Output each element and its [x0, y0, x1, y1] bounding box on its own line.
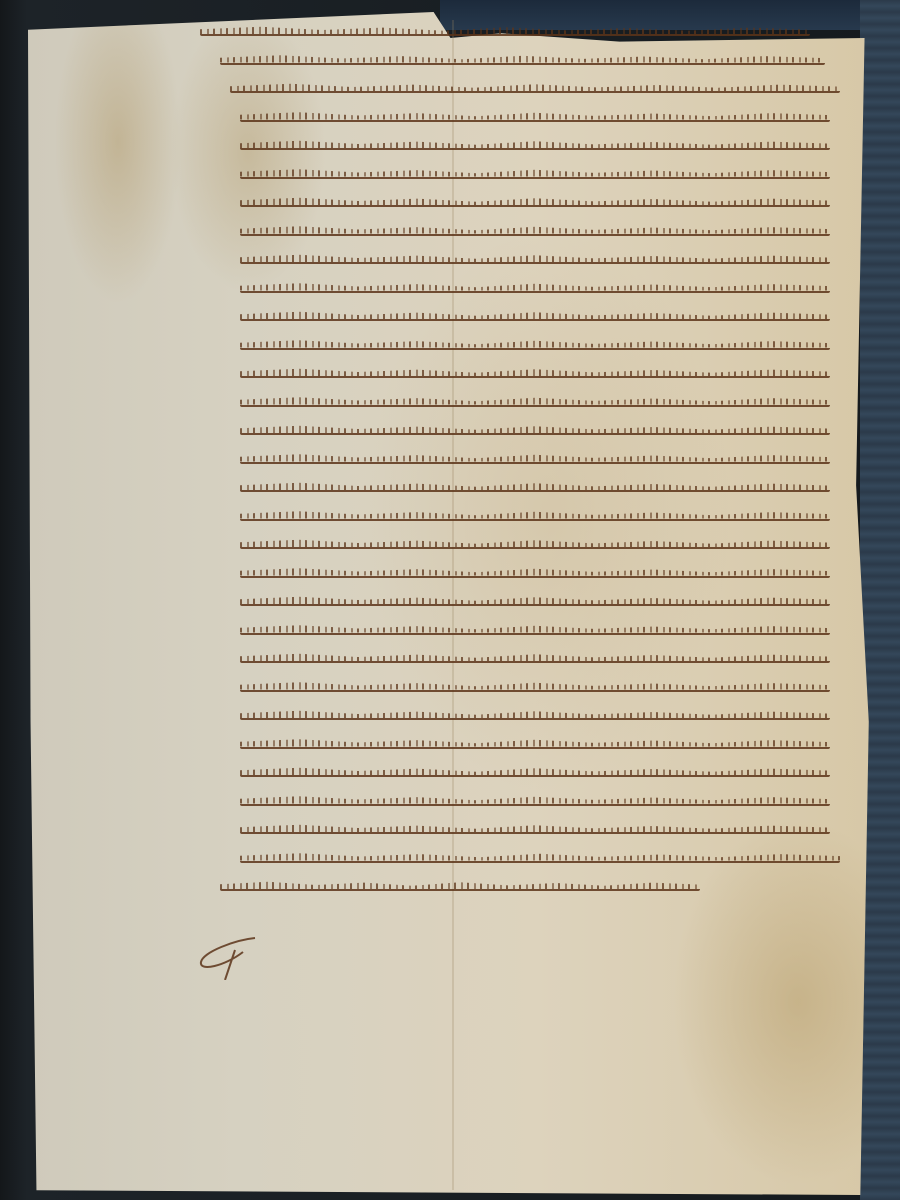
manuscript-line: [illegible handwritten line 13]: [200, 356, 850, 385]
handwriting-stroke: [240, 110, 830, 122]
handwriting-stroke: [240, 224, 830, 236]
line-text: [illegible handwritten line 10]: [200, 271, 201, 272]
handwriting-stroke: [240, 309, 830, 321]
line-text: [illegible handwritten line 2]: [200, 43, 201, 44]
handwriting-stroke: [200, 24, 810, 36]
line-text: [illegible handwritten line 25]: [200, 698, 201, 699]
manuscript-line: [illegible handwritten line 17]: [200, 470, 850, 499]
line-text: [illegible handwritten line 18]: [200, 499, 201, 500]
handwriting-stroke: [240, 623, 830, 635]
manuscript-line: [illegible handwritten line 9]: [200, 242, 850, 271]
handwriting-stroke: [240, 366, 830, 378]
handwriting-stroke: [240, 737, 830, 749]
line-text: [illegible handwritten line 5]: [200, 128, 201, 129]
handwriting-stroke: [240, 480, 830, 492]
manuscript-line: [illegible handwritten line 8]: [200, 214, 850, 243]
handwriting-stroke: [240, 423, 830, 435]
manuscript-line: [illegible handwritten line 20]: [200, 556, 850, 585]
line-text: [illegible handwritten line 30]: [200, 841, 201, 842]
manuscript-text-block: [illegible handwritten line 1][illegible…: [200, 14, 850, 898]
manuscript-line: [illegible handwritten line 22]: [200, 613, 850, 642]
line-text: [illegible handwritten line 4]: [200, 100, 201, 101]
handwriting-stroke: [240, 167, 830, 179]
line-text: [illegible handwritten line 3]: [200, 71, 201, 72]
manuscript-line: [illegible handwritten line 21]: [200, 584, 850, 613]
manuscript-line: [illegible handwritten line 25]: [200, 698, 850, 727]
manuscript-line: [illegible handwritten line 31]: [200, 869, 850, 898]
line-text: [illegible handwritten line 1]: [200, 14, 201, 15]
handwriting-stroke: [240, 537, 830, 549]
handwriting-stroke: [240, 822, 830, 834]
handwriting-stroke: [240, 794, 830, 806]
manuscript-line: [illegible handwritten line 4]: [200, 100, 850, 129]
handwriting-stroke: [240, 851, 840, 863]
manuscript-line: [illegible handwritten line 14]: [200, 385, 850, 414]
manuscript-line: [illegible handwritten line 23]: [200, 641, 850, 670]
line-text: [illegible handwritten line 20]: [200, 556, 201, 557]
manuscript-line: [illegible handwritten line 10]: [200, 271, 850, 300]
handwriting-stroke: [240, 252, 830, 264]
line-text: [illegible handwritten line 22]: [200, 613, 201, 614]
manuscript-line: [illegible handwritten line 7]: [200, 185, 850, 214]
line-text: [illegible handwritten line 15]: [200, 413, 201, 414]
handwriting-stroke: [220, 879, 700, 891]
line-text: [illegible handwritten line 8]: [200, 214, 201, 215]
manuscript-line: [illegible handwritten line 3]: [200, 71, 850, 100]
handwriting-stroke: [230, 81, 840, 93]
handwriting-stroke: [240, 195, 830, 207]
handwriting-stroke: [240, 708, 830, 720]
line-text: [illegible handwritten line 27]: [200, 755, 201, 756]
manuscript-line: [illegible handwritten line 18]: [200, 499, 850, 528]
handwriting-stroke: [240, 651, 830, 663]
line-text: [illegible handwritten line 7]: [200, 185, 201, 186]
manuscript-line: [illegible handwritten line 26]: [200, 727, 850, 756]
manuscript-line: [illegible handwritten line 5]: [200, 128, 850, 157]
handwriting-stroke: [240, 138, 830, 150]
backdrop-fabric: [860, 0, 900, 1200]
handwriting-stroke: [240, 594, 830, 606]
line-text: [illegible handwritten line 17]: [200, 470, 201, 471]
handwriting-stroke: [240, 509, 830, 521]
handwriting-stroke: [240, 765, 830, 777]
line-text: [illegible handwritten line 6]: [200, 157, 201, 158]
handwriting-stroke: [240, 281, 830, 293]
line-text: [illegible handwritten line 31]: [200, 869, 201, 870]
line-text: [illegible handwritten line 29]: [200, 812, 201, 813]
manuscript-line: [illegible handwritten line 2]: [200, 43, 850, 72]
line-text: [illegible handwritten line 23]: [200, 641, 201, 642]
manuscript-line: [illegible handwritten line 12]: [200, 328, 850, 357]
handwriting-stroke: [240, 566, 830, 578]
handwriting-stroke: [240, 338, 830, 350]
line-text: [illegible handwritten line 16]: [200, 442, 201, 443]
handwriting-stroke: [240, 452, 830, 464]
manuscript-line: [illegible handwritten line 15]: [200, 413, 850, 442]
line-text: [illegible handwritten line 26]: [200, 727, 201, 728]
manuscript-line: [illegible handwritten line 11]: [200, 299, 850, 328]
line-text: [illegible handwritten line 11]: [200, 299, 201, 300]
manuscript-line: [illegible handwritten line 30]: [200, 841, 850, 870]
manuscript-line: [illegible handwritten line 24]: [200, 670, 850, 699]
line-text: [illegible handwritten line 14]: [200, 385, 201, 386]
handwriting-stroke: [240, 395, 830, 407]
manuscript-line: [illegible handwritten line 27]: [200, 755, 850, 784]
line-text: [illegible handwritten line 9]: [200, 242, 201, 243]
manuscript-line: [illegible handwritten line 28]: [200, 784, 850, 813]
line-text: [illegible handwritten line 12]: [200, 328, 201, 329]
handwriting-stroke: [220, 53, 825, 65]
manuscript-line: [illegible handwritten line 16]: [200, 442, 850, 471]
line-text: [illegible handwritten line 13]: [200, 356, 201, 357]
line-text: [illegible handwritten line 21]: [200, 584, 201, 585]
manuscript-line: [illegible handwritten line 1]: [200, 14, 850, 43]
line-text: [illegible handwritten line 24]: [200, 670, 201, 671]
line-text: [illegible handwritten line 28]: [200, 784, 201, 785]
line-text: [illegible handwritten line 19]: [200, 527, 201, 528]
manuscript-line: [illegible handwritten line 19]: [200, 527, 850, 556]
signature-flourish-icon: [195, 930, 265, 980]
manuscript-line: [illegible handwritten line 29]: [200, 812, 850, 841]
handwriting-stroke: [240, 680, 830, 692]
manuscript-line: [illegible handwritten line 6]: [200, 157, 850, 186]
